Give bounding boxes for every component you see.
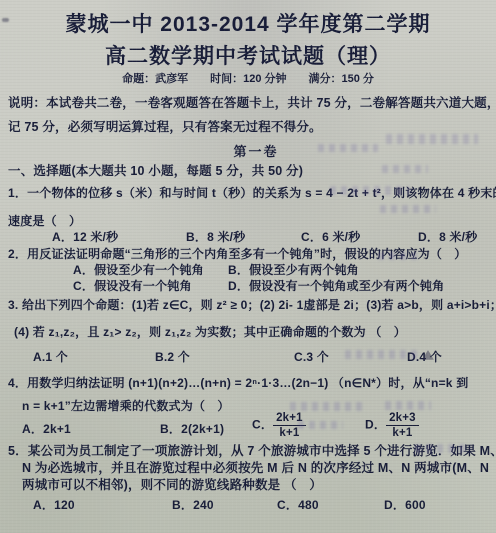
scan-artifact bbox=[382, 165, 428, 173]
question-1-option-a: A．12 米/秒 bbox=[52, 228, 118, 245]
question-5-option-c: C．480 bbox=[277, 496, 319, 513]
question-1-line2: 速度是（ ） bbox=[8, 212, 81, 229]
question-5-option-a: A．120 bbox=[33, 496, 75, 513]
section-subtitle: 一、选择题(本大题共 10 小题，每题 5 分，共 50 分) bbox=[8, 161, 303, 179]
question-3-line2: (4) 若 z₁,z₂，且 z₁> z₂，则 z₁,z₂ 为实数；其中正确命题的… bbox=[14, 323, 406, 340]
question-4-option-a: A．2k+1 bbox=[22, 420, 71, 437]
exam-meta: 命题：武彦军 时间：120 分钟 满分：150 分 bbox=[122, 70, 374, 86]
fraction: 2k+3k+1 bbox=[386, 412, 419, 439]
section-title: 第一卷 bbox=[233, 141, 278, 160]
scan-artifact bbox=[345, 350, 417, 359]
question-4-line1: 4．用数学归纳法证明 (n+1)(n+2)…(n+n) = 2ⁿ·1·3…(2n… bbox=[8, 374, 468, 391]
question-2-option-c: C．假设没有一个钝角 bbox=[73, 277, 192, 294]
fraction-denominator: k+1 bbox=[386, 426, 419, 439]
question-1-option-c: C．6 米/秒 bbox=[301, 228, 360, 245]
option-value: 2k+1 bbox=[43, 422, 71, 436]
exam-setter: 命题：武彦军 bbox=[122, 70, 188, 86]
exam-paper-page: 蒙城一中 2013-2014 学年度第二学期 高二数学期中考试试题（理） 命题：… bbox=[0, 0, 496, 533]
question-3-option-c: C.3 个 bbox=[294, 348, 329, 365]
exam-total-score: 满分：150 分 bbox=[309, 70, 374, 86]
question-3-option-a: A.1 个 bbox=[33, 348, 68, 365]
option-label: D． bbox=[365, 418, 386, 432]
question-3-option-b: B.2 个 bbox=[155, 348, 190, 365]
notice-line2: 记 75 分，必须写明运算过程，只有答案无过程不得分。 bbox=[8, 117, 322, 135]
scan-artifact bbox=[378, 252, 420, 260]
scan-artifact bbox=[330, 186, 410, 195]
exam-title-line1: 蒙城一中 2013-2014 学年度第二学期 bbox=[65, 8, 430, 38]
option-label: C． bbox=[252, 418, 273, 432]
option-value: 2(2k+1) bbox=[181, 422, 224, 436]
question-5-line3: 两城市可以不相邻)，则不同的游览线路种数是 （ ） bbox=[22, 475, 322, 493]
fraction-numerator: 2k+3 bbox=[386, 412, 419, 426]
question-5-line2: N 为必选城市，并且在游览过程中必须按先 M 后 N 的次序经过 M、N 两城市… bbox=[22, 458, 489, 476]
scan-artifact bbox=[386, 134, 478, 144]
notice-line1: 说明：本试卷共二卷，一卷客观题答在答题卡上，共计 75 分，二卷解答题共六道大题… bbox=[8, 93, 496, 111]
scan-artifact bbox=[2, 18, 9, 22]
scan-artifact bbox=[385, 401, 431, 410]
scan-artifact bbox=[290, 402, 362, 411]
question-4-option-b: B．2(2k+1) bbox=[160, 420, 224, 437]
question-1-option-d: D．8 米/秒 bbox=[418, 228, 477, 245]
question-1-line1: 1．一个物体的位移 s（米）和与时间 t（秒）的关系为 s = 4 − 2t +… bbox=[8, 184, 496, 201]
question-1-option-b: B．8 米/秒 bbox=[186, 228, 245, 245]
question-2-option-d: D．假设没有一个钝角或至少有两个钝角 bbox=[228, 277, 444, 294]
scan-artifact bbox=[318, 144, 378, 152]
question-2-option-b: B．假设至少有两个钝角 bbox=[228, 261, 359, 278]
question-2-option-a: A．假设至少有一个钝角 bbox=[73, 261, 204, 278]
scan-artifact bbox=[415, 444, 471, 453]
exam-title-line2: 高二数学期中考试试题（理） bbox=[105, 40, 391, 70]
scan-artifact bbox=[380, 205, 436, 213]
option-label: A． bbox=[22, 422, 43, 436]
exam-duration: 时间：120 分钟 bbox=[210, 70, 286, 86]
question-5-option-d: D．600 bbox=[384, 496, 426, 513]
question-5-option-b: B．240 bbox=[172, 496, 214, 513]
option-label: B． bbox=[160, 422, 181, 436]
question-4-line2: n = k+1”左边需增乘的代数式为（ ） bbox=[22, 397, 230, 414]
question-4-option-d: D．2k+3k+1 bbox=[365, 412, 419, 439]
scan-artifact bbox=[298, 421, 343, 429]
question-3-line1: 3. 给出下列四个命题：(1)若 z∈C，则 z² ≥ 0；(2) 2i- 1虚… bbox=[8, 296, 496, 313]
